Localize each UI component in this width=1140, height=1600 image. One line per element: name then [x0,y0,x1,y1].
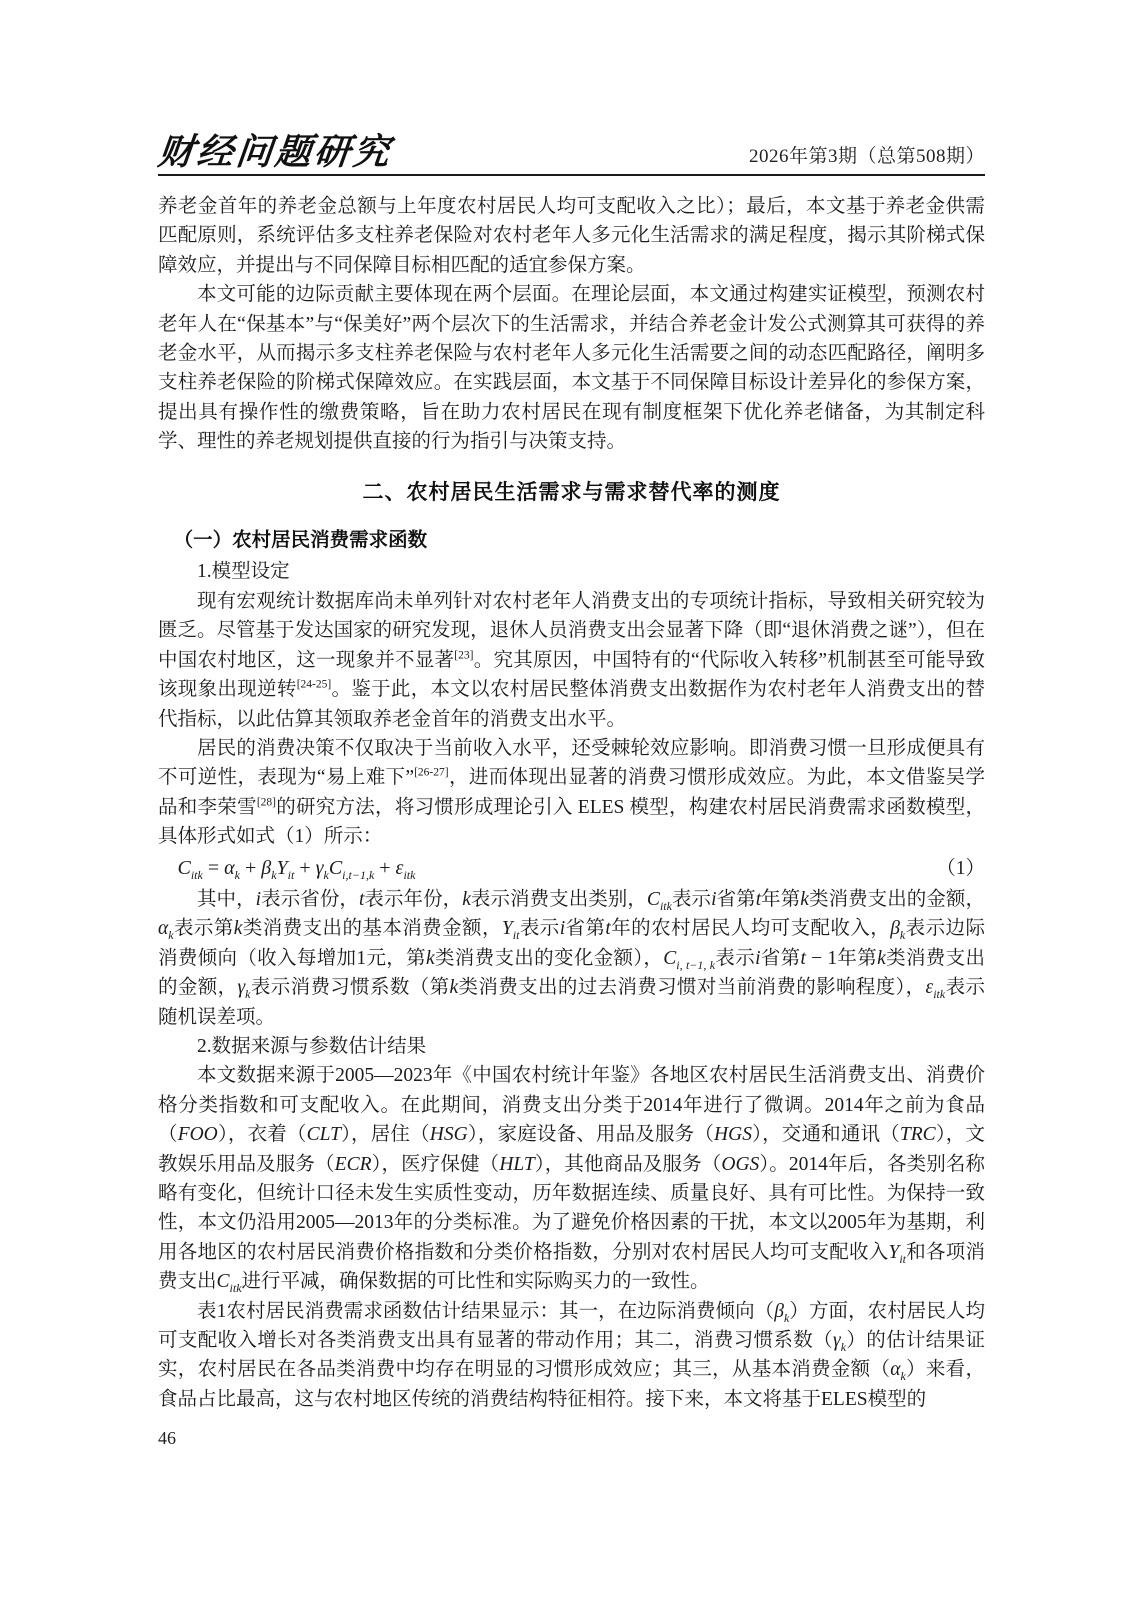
variable-with-subscript: εitk [396,857,416,879]
paragraph: 2.数据来源与参数估计结果 [158,1032,985,1061]
page-number: 46 [158,1428,985,1449]
variable-with-subscript: Yit [502,918,520,939]
variable: t [359,889,364,910]
variable-with-subscript: αk [890,1359,906,1380]
variable-with-subscript: Yit [888,1242,906,1263]
variable: t [756,889,761,910]
variable: k [462,889,471,910]
journal-page: 财经问题研究 2026年第3期（总第508期） 养老金首年的养老金总额与上年度农… [0,0,1140,1600]
variable: k [234,918,243,939]
paragraph: 本文数据来源于2005—2023年《中国农村统计年鉴》各地区农村居民生活消费支出… [158,1061,985,1296]
variable: HLT [499,1154,534,1175]
journal-logo: 财经问题研究 [156,134,394,172]
variable-with-subscript: Citk [178,857,203,879]
variable: k [877,948,886,969]
citation-ref: [23] [454,649,473,661]
variable: CLT [307,1124,341,1145]
variable: HGS [714,1124,752,1145]
variable: k [800,889,809,910]
paragraph: 居民的消费决策不仅取决于当前收入水平，还受棘轮效应影响。即消费习惯一旦形成便具有… [158,734,985,852]
citation-ref: [28] [257,796,276,808]
variable: i [256,889,261,910]
issue-info: 2026年第3期（总第508期） [749,141,985,172]
variable-with-subscript: Yit [277,857,295,879]
variable-with-subscript: Ci,t−1,k [329,857,374,879]
variable: i [755,948,760,969]
variable-with-subscript: εitk [926,977,946,998]
variable-with-subscript: αk [224,857,240,879]
citation-ref: [26-27] [414,767,449,779]
variable: OGS [721,1154,759,1175]
variable-with-subscript: βk [774,1301,789,1322]
citation-ref: [24-25] [297,679,332,691]
variable: ECR [335,1154,372,1175]
variable: TRC [900,1124,936,1145]
variable-with-subscript: Citk [647,889,672,910]
equation-body: Citk = αk + βkYit + γkCi,t−1,k + εitk [178,854,416,883]
variable: k [426,948,435,969]
variable-with-subscript: Ci, t−1, k [663,948,715,969]
variable: k [450,977,459,998]
variable-with-subscript: βk [261,857,276,879]
variable: t [801,948,806,969]
journal-header: 财经问题研究 2026年第3期（总第508期） [158,122,985,172]
variable-with-subscript: γk [237,977,250,998]
paragraph: 现有宏观统计数据库尚未单列针对农村老年人消费支出的专项统计指标，导致相关研究较为… [158,587,985,734]
variable: i [560,918,565,939]
equation-number: （1） [936,854,985,883]
page-footer: 46 [158,1428,985,1449]
variable-with-subscript: βk [890,918,905,939]
variable-with-subscript: γk [316,857,329,879]
variable-with-subscript: Citk [217,1271,242,1292]
variable-with-subscript: γk [833,1330,846,1351]
subsection-heading: （一）农村居民消费需求函数 [158,526,985,555]
variable: HSG [430,1124,468,1145]
header-divider [158,174,985,176]
paragraph: 1.模型设定 [158,557,985,586]
paragraph: 表1农村居民消费需求函数估计结果显示：其一，在边际消费倾向（βk）方面，农村居民… [158,1297,985,1415]
section-heading: 二、农村居民生活需求与需求替代率的测度 [158,478,985,507]
variable: FOO [178,1124,218,1145]
paragraph: 养老金首年的养老金总额与上年度农村居民人均可支配收入之比）；最后，本文基于养老金… [158,192,985,280]
paragraph: 其中，i表示省份，t表示年份，k表示消费支出类别，Citk表示i省第t年第k类消… [158,885,985,1032]
variable-with-subscript: αk [158,918,174,939]
article-body: 养老金首年的养老金总额与上年度农村居民人均可支配收入之比）；最后，本文基于养老金… [158,192,985,1414]
equation: Citk = αk + βkYit + γkCi,t−1,k + εitk（1） [158,854,985,883]
variable: t [605,918,610,939]
variable: i [711,889,716,910]
paragraph: 本文可能的边际贡献主要体现在两个层面。在理论层面，本文通过构建实证模型，预测农村… [158,280,985,456]
